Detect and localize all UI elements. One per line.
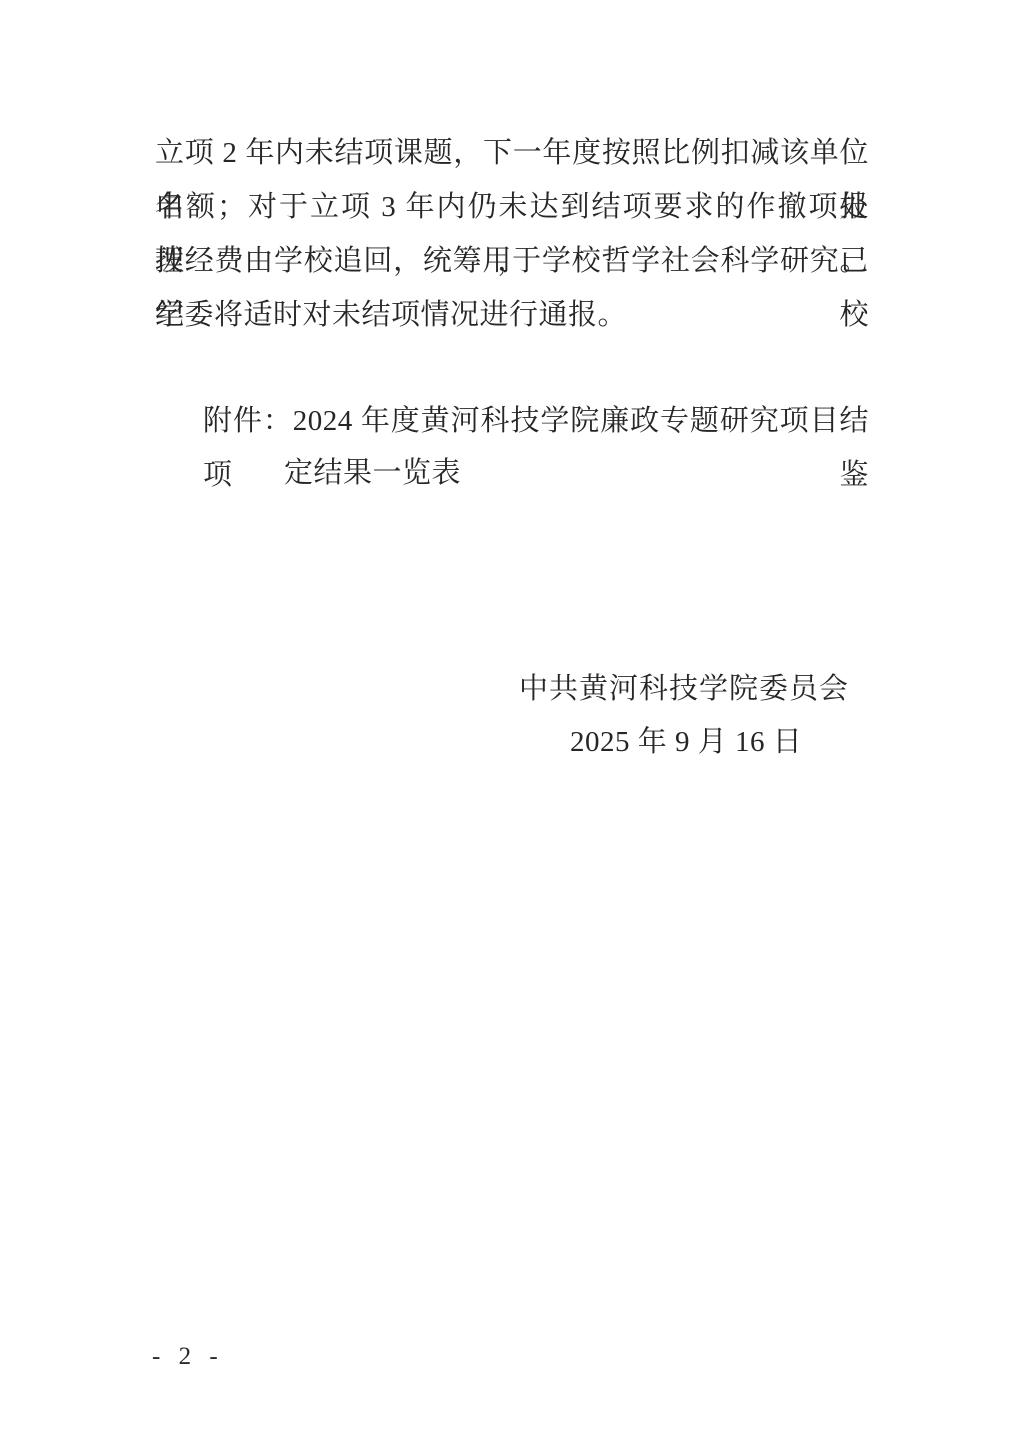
- body-line-2: 名额；对于立项 3 年内仍未达到结项要求的作撤项处理，已: [155, 180, 869, 234]
- document-page: 立项 2 年内未结项课题，下一年度按照比例扣减该单位申报 名额；对于立项 3 年…: [0, 0, 1024, 1448]
- attachment-line-2: 定结果一览表: [284, 446, 461, 500]
- signature-date: 2025 年 9 月 16 日: [570, 715, 802, 769]
- body-line-3: 拨经费由学校追回，统筹用于学校哲学社会科学研究。学校: [155, 234, 869, 288]
- attachment-line-1: 附件：2024 年度黄河科技学院廉政专题研究项目结项鉴: [203, 394, 869, 448]
- signature-organization: 中共黄河科技学院委员会: [519, 662, 849, 716]
- body-line-1: 立项 2 年内未结项课题，下一年度按照比例扣减该单位申报: [155, 126, 869, 180]
- page-number: - 2 -: [152, 1340, 224, 1374]
- body-line-4: 纪委将适时对未结项情况进行通报。: [155, 288, 627, 342]
